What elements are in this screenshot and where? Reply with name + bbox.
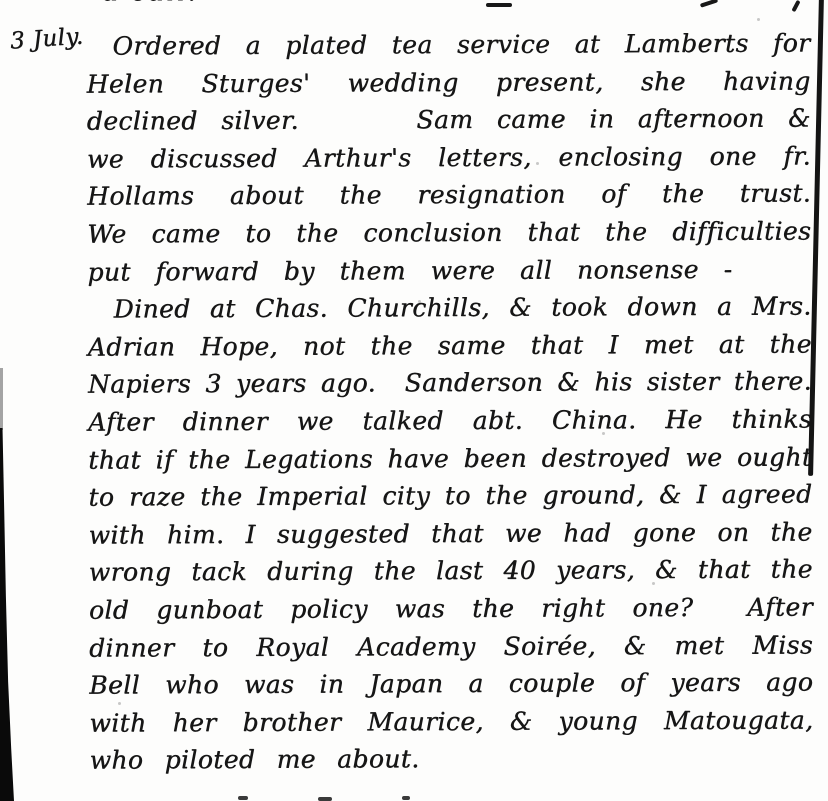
journal-line: We came to the conclusion that the diffi… <box>87 212 811 253</box>
binding-edge-left <box>0 428 14 801</box>
journal-line: Dined at Chas. Churchills, & took down a… <box>114 288 812 329</box>
ink-stroke <box>700 0 718 8</box>
journal-line: Ordered a plated tea service at Lamberts… <box>112 24 810 65</box>
journal-line: declined silver. Sam came in afternoon & <box>87 100 811 141</box>
journal-line: Adrian Hope, not the same that I met at … <box>88 325 812 366</box>
journal-line: with him. I suggested that we had gone o… <box>88 513 812 554</box>
journal-line: old gunboat policy was the right one? Af… <box>89 588 813 629</box>
truncated-line-fragment: a call. <box>102 0 198 7</box>
journal-line: that if the Legations have been destroye… <box>88 438 812 479</box>
journal-line: we discussed Arthur's letters, enclosing… <box>87 137 811 178</box>
diary-page-scan: a call. 3 July. Ordered a plated tea ser… <box>0 0 828 801</box>
journal-line: put forward by them were all nonsense - <box>87 250 732 290</box>
scan-speckle <box>652 582 655 585</box>
journal-line: After dinner we talked abt. China. He th… <box>88 400 812 441</box>
journal-line: dinner to Royal Academy Soirée, & met Mi… <box>89 626 813 667</box>
binding-shadow-left <box>0 368 3 430</box>
journal-line: wrong tack during the last 40 years, & t… <box>89 551 813 592</box>
scan-speckle <box>536 162 539 165</box>
journal-line: to raze the Imperial city to the ground,… <box>88 476 812 517</box>
ink-stroke <box>486 3 512 7</box>
margin-date: 3 July. <box>9 23 84 54</box>
journal-line: with her brother Maurice, & young Matoug… <box>89 701 813 742</box>
scan-speckle <box>418 300 421 303</box>
scan-speckle <box>602 432 605 435</box>
journal-line: Hollams about the resignation of the tru… <box>87 175 811 216</box>
ink-stroke <box>402 796 410 800</box>
scan-speckle <box>118 702 121 705</box>
ink-stroke <box>318 797 332 801</box>
diary-entry-text: Ordered a plated tea service at Lamberts… <box>86 24 813 779</box>
truncated-top-line: a call. <box>88 0 812 13</box>
journal-line: Bell who was in Japan a couple of years … <box>89 664 813 705</box>
journal-line: Napiers 3 years ago. Sanderson & his sis… <box>88 363 812 404</box>
scan-speckle <box>757 18 760 21</box>
journal-line: who piloted me about. <box>89 740 419 779</box>
ink-stroke <box>791 0 800 12</box>
journal-line: Helen Sturges' wedding present, she havi… <box>87 62 811 103</box>
ink-stroke <box>238 796 248 800</box>
